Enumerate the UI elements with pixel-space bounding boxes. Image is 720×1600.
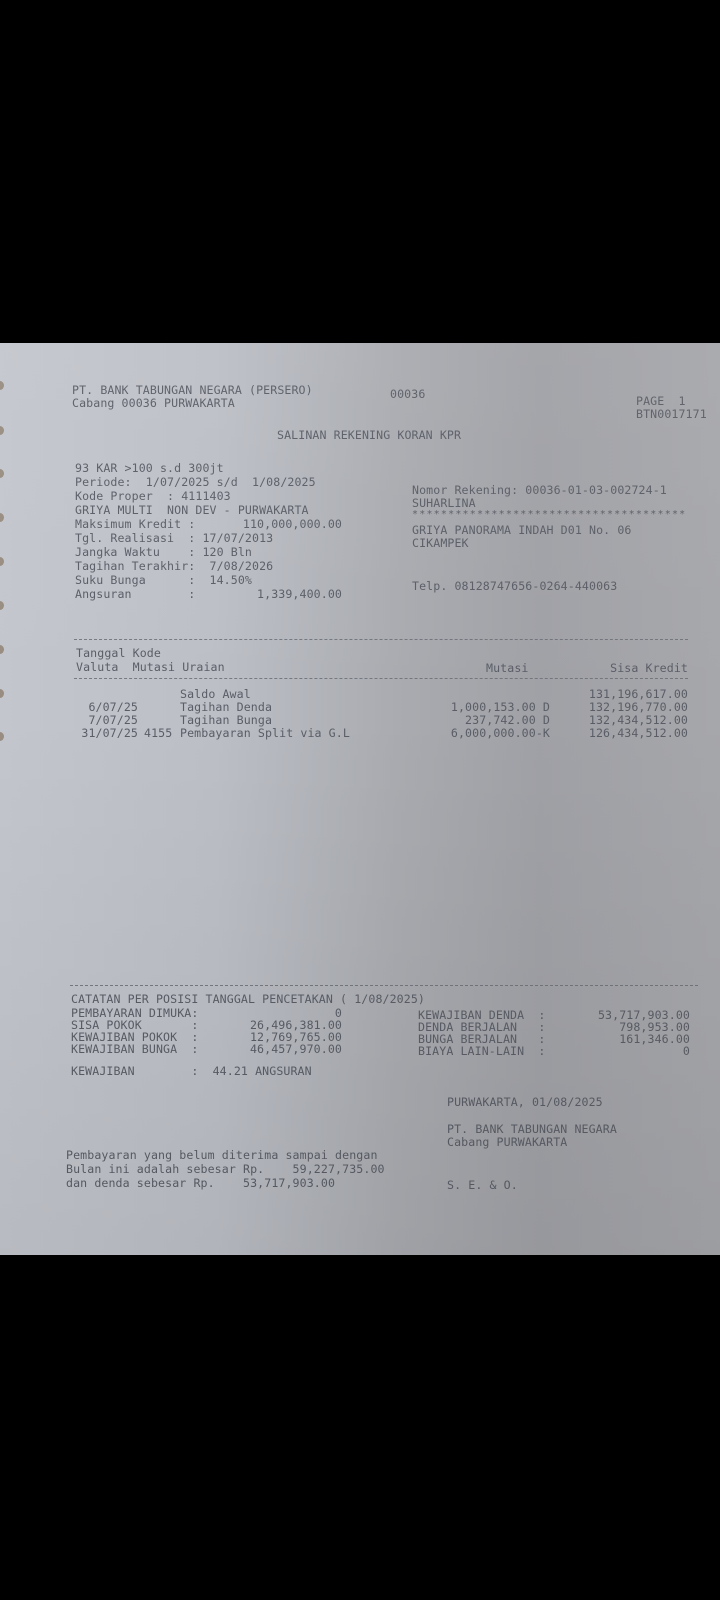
branch-code: 00036 <box>390 388 425 401</box>
divider <box>70 985 698 986</box>
feed-hole <box>0 469 4 478</box>
row-kode-mutasi: 4155 <box>144 727 172 740</box>
angsuran-value: 1,339,400.00 <box>200 588 342 601</box>
col-sisa-kredit: Sisa Kredit <box>560 662 688 675</box>
tgl-realisasi: Tgl. Realisasi : 17/07/2013 <box>75 532 273 545</box>
catatan-value: 46,457,970.00 <box>200 1043 342 1056</box>
feed-hole <box>0 732 4 741</box>
place-date: PURWAKARTA, 01/08/2025 <box>447 1096 603 1109</box>
signer-branch: Cabang PURWAKARTA <box>447 1136 567 1149</box>
row-mutasi: 6,000,000.00-K <box>400 727 550 740</box>
maksimum-kredit-value: 110,000,000.00 <box>200 518 342 531</box>
bank-statement-paper: PT. BANK TABUNGAN NEGARA (PERSERO) Caban… <box>0 343 720 1255</box>
row-tanggal: 31/07/25 <box>60 727 138 740</box>
kewajiban-angsuran: KEWAJIBAN : 44.21 ANGSURAN <box>71 1065 312 1078</box>
row-sisa-kredit: 126,434,512.00 <box>560 727 688 740</box>
document-title: SALINAN REKENING KORAN KPR <box>277 429 461 442</box>
divider <box>74 639 688 640</box>
seo-disclaimer: S. E. & O. <box>447 1179 518 1192</box>
outstanding-note-3: dan denda sebesar Rp. 53,717,903.00 <box>66 1177 335 1190</box>
product-type: 93 KAR >100 s.d 300jt <box>75 462 224 475</box>
kode-proper: Kode Proper : 4111403 <box>75 490 231 503</box>
maksimum-kredit-label: Maksimum Kredit : <box>75 518 195 531</box>
feed-hole <box>0 689 4 698</box>
catatan-value: 0 <box>548 1045 690 1058</box>
customer-phone: Telp. 08128747656-0264-440063 <box>412 580 617 593</box>
table-header-line1: Tanggal Kode <box>76 647 161 660</box>
feed-hole <box>0 426 4 435</box>
doc-code: BTN0017171 <box>636 408 707 421</box>
angsuran-label: Angsuran : <box>75 588 195 601</box>
catatan-label: KEWAJIBAN BUNGA : <box>71 1043 198 1056</box>
table-header-line2: Valuta Mutasi Uraian <box>76 661 225 674</box>
divider <box>74 678 688 679</box>
row-uraian: Pembayaran Split via G.L <box>180 727 350 740</box>
catatan-title: CATATAN PER POSISI TANGGAL PENCETAKAN ( … <box>71 993 425 1006</box>
periode: Periode: 1/07/2025 s/d 1/08/2025 <box>75 476 316 489</box>
feed-hole <box>0 557 4 566</box>
jangka-waktu: Jangka Waktu : 120 Bln <box>75 546 252 559</box>
outstanding-note-1: Pembayaran yang belum diterima sampai de… <box>66 1149 378 1162</box>
catatan-label: BIAYA LAIN-LAIN : <box>418 1045 545 1058</box>
feed-hole <box>0 381 4 390</box>
branch-name: Cabang 00036 PURWAKARTA <box>72 397 235 410</box>
feed-hole <box>0 601 4 610</box>
suku-bunga: Suku Bunga : 14.50% <box>75 574 252 587</box>
customer-address-2: CIKAMPEK <box>412 537 469 550</box>
masked-line: ************************************** <box>412 509 686 520</box>
program-name: GRIYA MULTI NON DEV - PURWAKARTA <box>75 504 309 517</box>
outstanding-note-2: Bulan ini adalah sebesar Rp. 59,227,735.… <box>66 1163 385 1176</box>
feed-hole <box>0 645 4 654</box>
feed-hole <box>0 513 4 522</box>
col-mutasi: Mutasi <box>486 662 528 675</box>
tagihan-terakhir: Tagihan Terakhir: 7/08/2026 <box>75 560 273 573</box>
